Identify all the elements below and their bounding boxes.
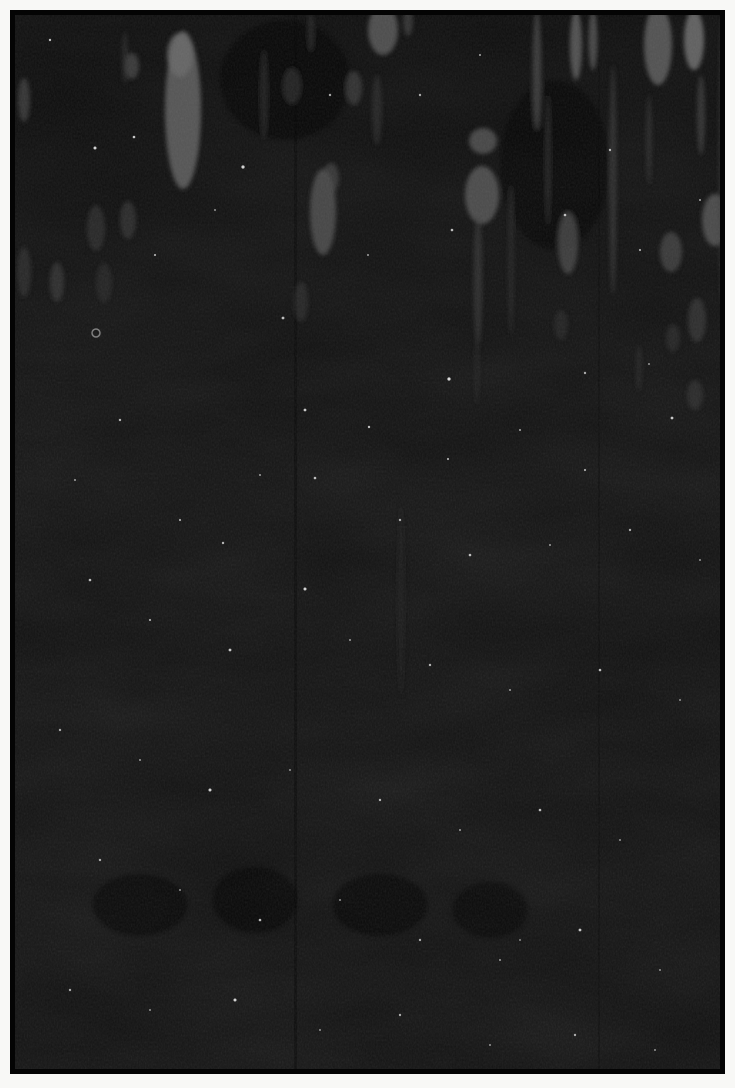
film-grain-texture: [10, 10, 725, 1074]
black-surface-photo: [0, 0, 735, 1088]
scan-page: [0, 0, 735, 1088]
photo-area: [10, 5, 728, 1074]
